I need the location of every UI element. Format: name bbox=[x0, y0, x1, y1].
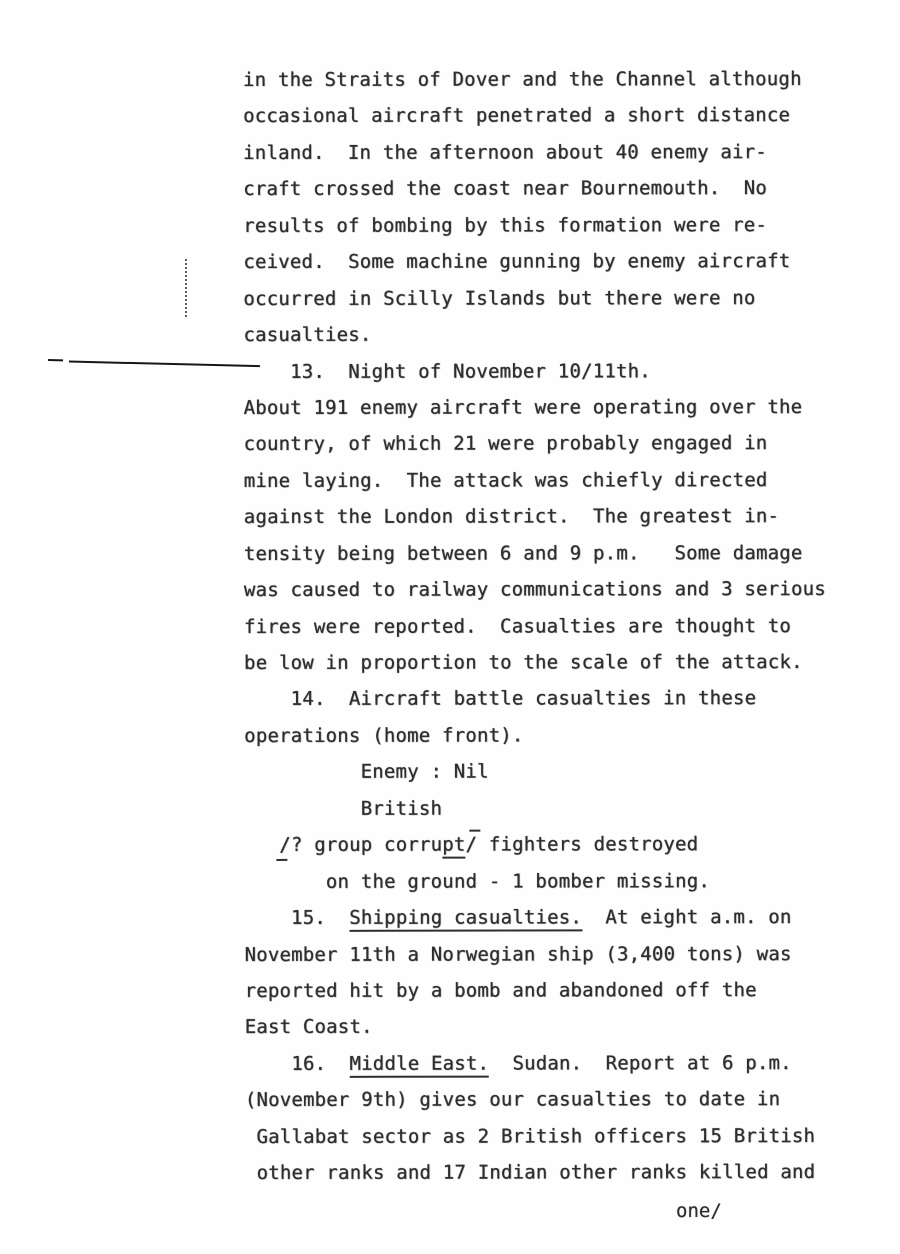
text-segment: casualties. bbox=[243, 324, 371, 346]
text-segment: results of bombing by this formation wer… bbox=[243, 214, 767, 237]
text-segment: was caused to railway communications and… bbox=[244, 578, 826, 601]
typed-close-bracket: / bbox=[465, 827, 477, 863]
text-segment: craft crossed the coast near Bournemouth… bbox=[243, 177, 767, 200]
text-line: 16. Middle East. Sudan. Report at 6 p.m. bbox=[245, 1045, 827, 1082]
text-line: operations (home front). bbox=[244, 717, 826, 754]
text-line: Enemy : Nil bbox=[244, 753, 826, 790]
text-segment: 13. Night of November 10/11th. bbox=[244, 360, 651, 383]
text-segment: British bbox=[244, 797, 442, 819]
text-line: craft crossed the coast near Bournemouth… bbox=[243, 170, 825, 207]
text-line: November 11th a Norwegian ship (3,400 to… bbox=[245, 935, 827, 972]
text-line: country, of which 21 were probably engag… bbox=[244, 425, 826, 462]
text-segment: At eight a.m. on bbox=[582, 906, 792, 928]
page-footer-catchword: one/ bbox=[676, 1196, 722, 1226]
text-segment: About 191 enemy aircraft were operating … bbox=[244, 396, 803, 419]
text-segment: 15. bbox=[244, 907, 349, 929]
text-segment: reported hit by a bomb and abandoned off… bbox=[245, 979, 757, 1002]
text-line: on the ground - 1 bomber missing. bbox=[244, 863, 826, 900]
text-segment: 16. bbox=[245, 1053, 350, 1075]
text-segment: fires were reported. Casualties are thou… bbox=[244, 615, 791, 638]
text-segment: fighters destroyed bbox=[477, 833, 698, 855]
margin-dotted-mark bbox=[185, 259, 187, 317]
text-line: About 191 enemy aircraft were operating … bbox=[244, 389, 826, 426]
text-line: Gallabat sector as 2 British officers 15… bbox=[245, 1118, 827, 1155]
text-segment: East Coast. bbox=[245, 1016, 373, 1038]
text-line: (November 9th) gives our casualties to d… bbox=[245, 1081, 827, 1118]
underlined-text: Shipping casualties. bbox=[349, 906, 582, 931]
typewritten-text: in the Straits of Dover and the Channel … bbox=[243, 61, 827, 1192]
text-line: in the Straits of Dover and the Channel … bbox=[243, 61, 825, 98]
text-segment bbox=[244, 834, 279, 856]
text-segment: tensity being between 6 and 9 p.m. Some … bbox=[244, 542, 803, 565]
scanned-page: in the Straits of Dover and the Channel … bbox=[0, 0, 900, 1254]
text-segment: 14. Aircraft battle casualties in these bbox=[244, 688, 756, 711]
underlined-text: Middle East. bbox=[349, 1052, 489, 1077]
text-segment: Enemy : Nil bbox=[244, 761, 488, 783]
text-segment: operations (home front). bbox=[244, 724, 523, 746]
text-segment: inland. In the afternoon about 40 enemy … bbox=[243, 141, 767, 164]
text-segment: be low in proportion to the scale of the… bbox=[244, 651, 803, 674]
text-line: be low in proportion to the scale of the… bbox=[244, 644, 826, 681]
text-line: casualties. bbox=[243, 316, 825, 353]
text-line: 13. Night of November 10/11th. bbox=[244, 352, 826, 389]
text-line: was caused to railway communications and… bbox=[244, 571, 826, 608]
text-segment: (November 9th) gives our casualties to d… bbox=[245, 1088, 780, 1111]
text-line: occasional aircraft penetrated a short d… bbox=[243, 97, 825, 134]
text-line: occurred in Scilly Islands but there wer… bbox=[243, 280, 825, 317]
text-line: results of bombing by this formation wer… bbox=[243, 207, 825, 244]
text-segment: country, of which 21 were probably engag… bbox=[244, 432, 768, 455]
text-line: East Coast. bbox=[245, 1008, 827, 1045]
text-segment: occurred in Scilly Islands but there wer… bbox=[243, 287, 755, 310]
text-segment: Sudan. Report at 6 p.m. bbox=[489, 1052, 792, 1075]
underlined-text: pt bbox=[442, 834, 465, 859]
text-line: tensity being between 6 and 9 p.m. Some … bbox=[244, 535, 826, 572]
text-line: 14. Aircraft battle casualties in these bbox=[244, 680, 826, 717]
text-line: inland. In the afternoon about 40 enemy … bbox=[243, 134, 825, 171]
text-line: British bbox=[244, 790, 826, 827]
text-line: mine laying. The attack was chiefly dire… bbox=[244, 462, 826, 499]
text-segment: Gallabat sector as 2 British officers 15… bbox=[245, 1125, 815, 1148]
text-line: fires were reported. Casualties are thou… bbox=[244, 608, 826, 645]
text-segment: other ranks and 17 Indian other ranks ki… bbox=[245, 1161, 815, 1184]
text-line: ceived. Some machine gunning by enemy ai… bbox=[243, 243, 825, 280]
text-line: against the London district. The greates… bbox=[244, 498, 826, 535]
margin-pen-line bbox=[48, 359, 260, 368]
pen-stroke-long bbox=[69, 360, 260, 367]
text-segment: ? group corru bbox=[291, 834, 442, 856]
text-segment: mine laying. The attack was chiefly dire… bbox=[244, 469, 768, 492]
text-segment: on the ground - 1 bomber missing. bbox=[244, 870, 710, 893]
text-line: 15. Shipping casualties. At eight a.m. o… bbox=[244, 899, 826, 936]
text-line: reported hit by a bomb and abandoned off… bbox=[245, 972, 827, 1009]
pen-stroke-short bbox=[48, 359, 63, 361]
text-segment: against the London district. The greates… bbox=[244, 505, 779, 528]
text-line: /? group corrupt/ fighters destroyed bbox=[244, 826, 826, 863]
text-line: other ranks and 17 Indian other ranks ki… bbox=[245, 1154, 827, 1191]
text-segment: November 11th a Norwegian ship (3,400 to… bbox=[245, 943, 792, 966]
text-segment: ceived. Some machine gunning by enemy ai… bbox=[243, 250, 790, 273]
text-segment: occasional aircraft penetrated a short d… bbox=[243, 104, 790, 127]
typed-open-bracket: / bbox=[279, 827, 291, 863]
text-segment: in the Straits of Dover and the Channel … bbox=[243, 68, 802, 91]
